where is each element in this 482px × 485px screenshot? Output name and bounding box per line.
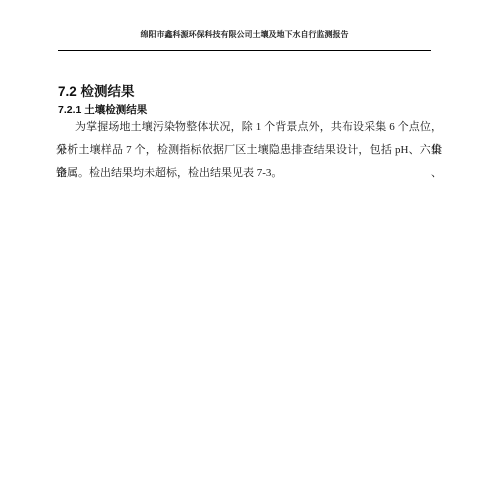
running-header-title: 绵阳市鑫科源环保科技有限公司土壤及地下水自行监测报告 <box>58 29 431 41</box>
header-rule <box>58 50 431 51</box>
document-page: 绵阳市鑫科源环保科技有限公司土壤及地下水自行监测报告 7.2 检测结果 7.2.… <box>0 0 482 485</box>
paragraph-line-2: 分析土壤样品 7 个，检测指标依据厂区土壤隐患排查结果设计，包括 pH、六价铬、 <box>56 139 442 162</box>
paragraph-line-1: 为掌握场地土壤污染物整体状况，除 1 个背景点外，共布设采集 6 个点位， 采集 <box>56 116 442 139</box>
subsection-heading: 7.2.1 土壤检测结果 <box>58 104 147 116</box>
paragraph-line-3: 金属。检出结果均未超标，检出结果见表 7-3。 <box>56 162 442 185</box>
section-heading: 7.2 检测结果 <box>58 84 135 99</box>
